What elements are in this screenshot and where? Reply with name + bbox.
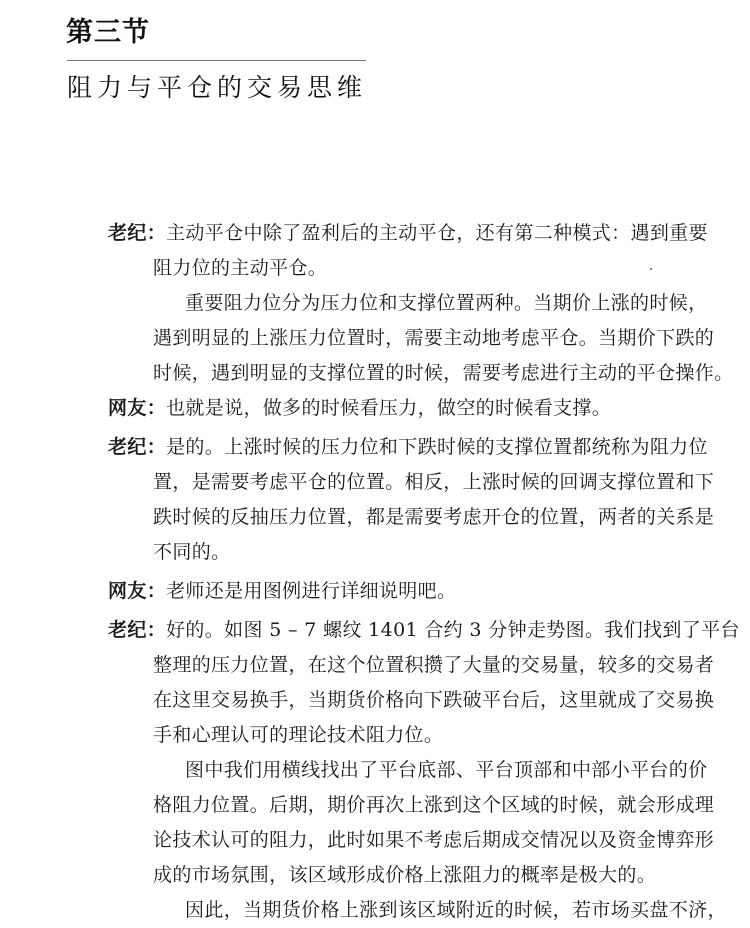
text-line: 论技术认可的阻力，此时如果不考虑后期成交情况以及资金博弈形 — [108, 823, 744, 858]
text-line: 图中我们用横线找出了平台底部、平台顶部和中部小平台的价 — [108, 753, 744, 788]
text-line: 在这里交易换手，当期货价格向下跌破平台后，这里就成了交易换 — [108, 683, 744, 718]
text-line: 遇到明显的上涨压力位置时，需要主动地考虑平仓。当期价下跌的 — [108, 321, 744, 356]
speaker-label: 网友： — [108, 580, 166, 602]
text-line: 格阻力位置。后期，期价再次上涨到这个区域的时候，就会形成理 — [108, 788, 744, 823]
speaker-label: 老纪： — [108, 436, 166, 458]
text-line: 跌时候的反抽压力位置，都是需要考虑开仓的位置，两者的关系是 — [108, 500, 744, 535]
dialogue-body: 老纪：主动平仓中除了盈利后的主动平仓，还有第二种模式：遇到重要 阻力位的主动平仓… — [108, 216, 744, 928]
text-line: 成的市场氛围，该区域形成价格上涨阻力的概率是极大的。 — [108, 858, 744, 893]
text-span: 也就是说，做多的时候看压力，做空的时候看支撑。 — [166, 397, 611, 419]
text-line: 重要阻力位分为压力位和支撑位置两种。当期价上涨的时候， — [108, 286, 744, 321]
speaker-label: 网友： — [108, 397, 166, 419]
text-span: 好的。如图 5 – 7 螺纹 1401 合约 3 分钟走势图。我们找到了平台 — [166, 619, 740, 641]
dialogue-turn: 老纪：主动平仓中除了盈利后的主动平仓，还有第二种模式：遇到重要 阻力位的主动平仓… — [108, 216, 744, 391]
text-line: 网友：老师还是用图例进行详细说明吧。 — [108, 574, 744, 609]
speaker-label: 老纪： — [108, 619, 166, 641]
text-line: 不同的。 — [108, 535, 744, 570]
speaker-label: 老纪： — [108, 222, 166, 244]
text-span: 是的。上涨时候的压力位和下跌时候的支撑位置都统称为阻力位 — [166, 436, 708, 458]
text-span: 主动平仓中除了盈利后的主动平仓，还有第二种模式：遇到重要 — [166, 222, 708, 244]
text-line: 时候，遇到明显的支撑位置的时候，需要考虑进行主动的平仓操作。 — [108, 356, 744, 391]
text-span: 老师还是用图例进行详细说明吧。 — [166, 580, 456, 602]
section-number: 第三节 — [66, 10, 150, 49]
text-line: 手和心理认可的理论技术阻力位。 — [108, 718, 744, 753]
dialogue-turn: 老纪：好的。如图 5 – 7 螺纹 1401 合约 3 分钟走势图。我们找到了平… — [108, 613, 744, 928]
dialogue-turn: 老纪：是的。上涨时候的压力位和下跌时候的支撑位置都统称为阻力位 置，是需要考虑平… — [108, 430, 744, 570]
text-line: 网友：也就是说，做多的时候看压力，做空的时候看支撑。 — [108, 391, 744, 426]
text-line: 老纪：好的。如图 5 – 7 螺纹 1401 合约 3 分钟走势图。我们找到了平… — [108, 613, 744, 648]
dialogue-turn: 网友：也就是说，做多的时候看压力，做空的时候看支撑。 — [108, 391, 744, 426]
section-title: 阻力与平仓的交易思维 — [67, 68, 367, 104]
text-line: 置，是需要考虑平仓的位置。相反，上涨时候的回调支撑位置和下 — [108, 465, 744, 500]
text-line: 老纪：主动平仓中除了盈利后的主动平仓，还有第二种模式：遇到重要 — [108, 216, 744, 251]
text-line: 整理的压力位置，在这个位置积攒了大量的交易量，较多的交易者 — [108, 648, 744, 683]
text-line: 阻力位的主动平仓。 — [108, 251, 744, 286]
dialogue-turn: 网友：老师还是用图例进行详细说明吧。 — [108, 574, 744, 609]
text-line: 因此，当期货价格上涨到该区域附近的时候，若市场买盘不济， — [108, 893, 744, 928]
text-line: 老纪：是的。上涨时候的压力位和下跌时候的支撑位置都统称为阻力位 — [108, 430, 744, 465]
header-rule — [67, 60, 366, 61]
